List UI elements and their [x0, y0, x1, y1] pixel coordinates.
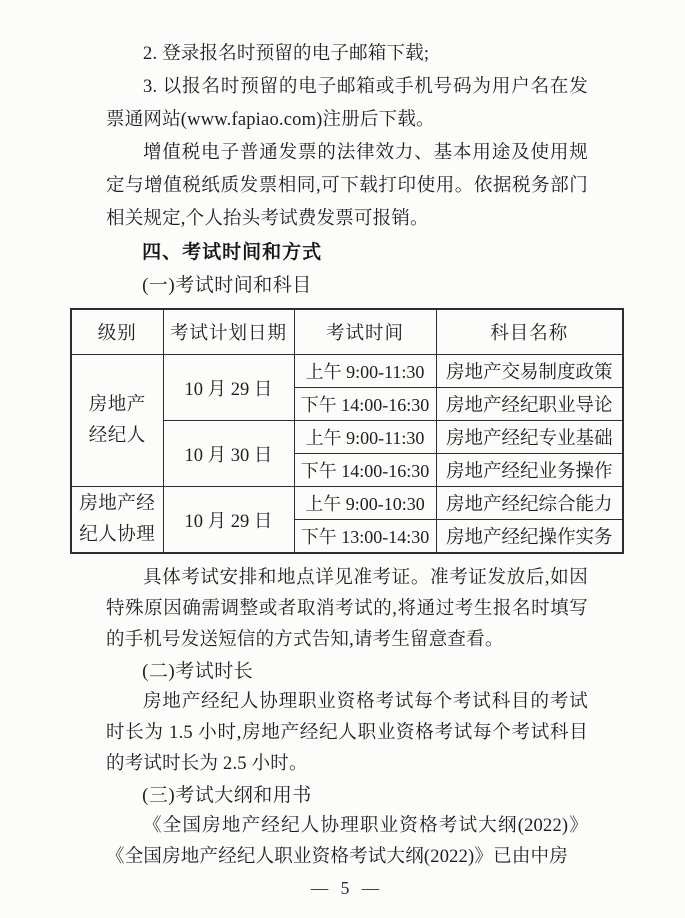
- sub-heading-2: (二)考试时长: [106, 656, 588, 687]
- page-number: — 5 —: [106, 878, 588, 899]
- after-table-paragraph: 具体考试安排和地点详见准考证。准考证发放后,如因特殊原因确需调整或者取消考试的,…: [106, 563, 588, 656]
- outline-paragraph: 《全国房地产经纪人协理职业资格考试大纲(2022)》《全国房地产经纪人职业资格考…: [106, 811, 588, 873]
- cell-date: 10 月 30 日: [163, 421, 294, 487]
- column-header-date: 考试计划日期: [163, 309, 294, 355]
- cell-subject: 房地产经纪专业基础: [436, 421, 623, 454]
- cell-subject: 房地产交易制度政策: [436, 355, 623, 388]
- column-header-subject: 科目名称: [436, 309, 623, 355]
- list-item-3: 3. 以报名时预留的电子邮箱或手机号码为用户名在发票通网站(www.fapiao…: [106, 71, 588, 137]
- cell-level-broker: 房地产 经纪人: [71, 355, 163, 487]
- table-header-row: 级别 考试计划日期 考试时间 科目名称: [71, 309, 623, 355]
- cell-time: 上午 9:00-11:30: [294, 355, 436, 388]
- sub-heading-1: (一)考试时间和科目: [106, 269, 588, 302]
- cell-subject: 房地产经纪业务操作: [436, 454, 623, 487]
- section-heading-4: 四、考试时间和方式: [106, 236, 588, 269]
- cell-time: 下午 13:00-14:30: [294, 520, 436, 554]
- table-row: 房地产 经纪人 10 月 29 日 上午 9:00-11:30 房地产交易制度政…: [71, 355, 623, 388]
- document-page: 2. 登录报名时预留的电子邮箱下载; 3. 以报名时预留的电子邮箱或手机号码为用…: [0, 0, 685, 918]
- cell-time: 下午 14:00-16:30: [294, 388, 436, 421]
- table-row: 房地产经 纪人协理 10 月 29 日 上午 9:00-10:30 房地产经纪综…: [71, 487, 623, 520]
- sub-heading-3: (三)考试大纲和用书: [106, 780, 588, 811]
- exam-schedule-table: 级别 考试计划日期 考试时间 科目名称 房地产 经纪人 10 月 29 日 上午…: [70, 308, 624, 554]
- list-item-2: 2. 登录报名时预留的电子邮箱下载;: [106, 38, 588, 71]
- cell-level-assistant: 房地产经 纪人协理: [71, 487, 163, 554]
- cell-subject: 房地产经纪职业导论: [436, 388, 623, 421]
- cell-time: 上午 9:00-10:30: [294, 487, 436, 520]
- cell-subject: 房地产经纪综合能力: [436, 487, 623, 520]
- column-header-time: 考试时间: [294, 309, 436, 355]
- cell-time: 下午 14:00-16:30: [294, 454, 436, 487]
- column-header-level: 级别: [71, 309, 163, 355]
- invoice-paragraph: 增值税电子普通发票的法律效力、基本用途及使用规定与增值税纸质发票相同,可下载打印…: [106, 137, 588, 236]
- cell-date: 10 月 29 日: [163, 487, 294, 554]
- cell-date: 10 月 29 日: [163, 355, 294, 421]
- cell-subject: 房地产经纪操作实务: [436, 520, 623, 554]
- duration-paragraph: 房地产经纪人协理职业资格考试每个考试科目的考试时长为 1.5 小时,房地产经纪人…: [106, 687, 588, 780]
- cell-time: 上午 9:00-11:30: [294, 421, 436, 454]
